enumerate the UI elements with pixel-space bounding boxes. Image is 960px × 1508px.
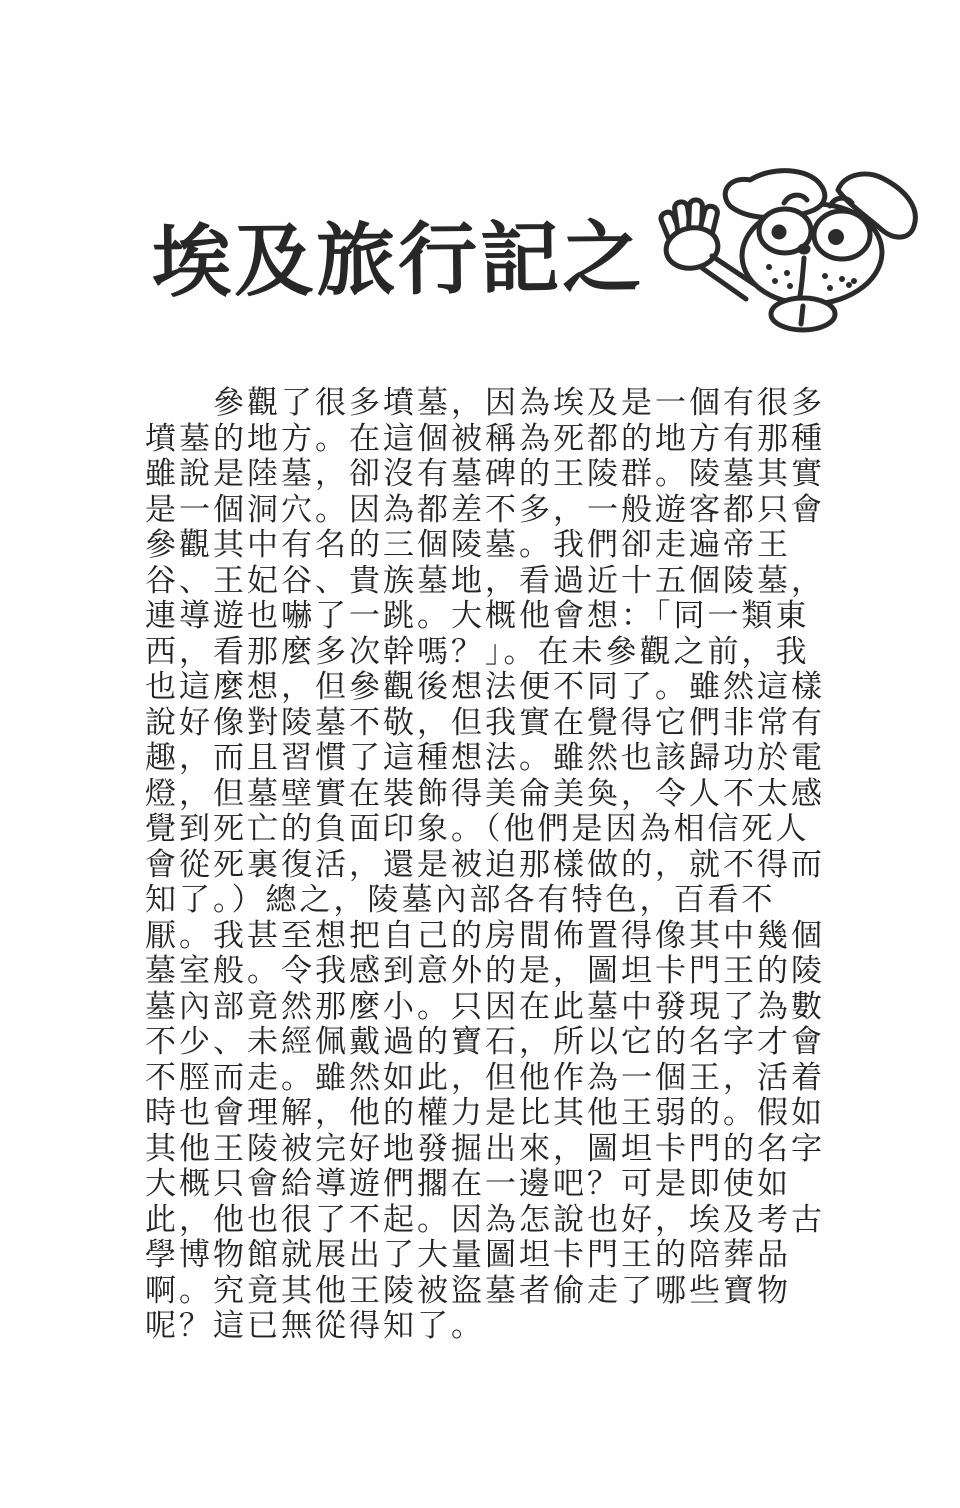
waving-dog-illustration xyxy=(656,146,940,380)
text-line: 知了。）總之，陵墓內部各有特色，百看不 xyxy=(145,883,845,919)
text-line: 說好像對陵墓不敬，但我實在覺得它們非常有 xyxy=(145,706,845,742)
text-line: 是一個洞穴。因為都差不多，一般遊客都只會 xyxy=(145,493,845,529)
text-line: 呢？這已無從得知了。 xyxy=(145,1309,845,1345)
text-line: 墓室般。令我感到意外的是，圖坦卡門王的陵 xyxy=(145,954,845,990)
text-line: 趣，而且習慣了這種想法。雖然也該歸功於電 xyxy=(145,741,845,777)
text-line: 連導遊也嚇了一跳。大概他會想：「同一類東 xyxy=(145,599,845,635)
text-line: 也這麼想，但參觀後想法便不同了。雖然這樣 xyxy=(145,670,845,706)
text-line: 時也會理解，他的權力是比其他王弱的。假如 xyxy=(145,1096,845,1132)
text-line: 參觀其中有名的三個陵墓。我們卻走遍帝王 xyxy=(145,528,845,564)
page-title: 埃及旅行記之 xyxy=(151,193,644,312)
text-line: 雖說是陸墓，卻沒有墓碑的王陵群。陵墓其實 xyxy=(145,457,845,493)
text-line: 其他王陵被完好地發掘出來，圖坦卡門的名字 xyxy=(145,1132,845,1168)
text-line: 覺到死亡的負面印象。（他們是因為相信死人 xyxy=(145,812,845,848)
text-line: 學博物館就展出了大量圖坦卡門王的陪葬品 xyxy=(145,1238,845,1274)
text-line: 厭。我甚至想把自己的房間佈置得像其中幾個 xyxy=(145,919,845,955)
text-line: 不少、未經佩戴過的寶石，所以它的名字才會 xyxy=(145,1025,845,1061)
article-body: 參觀了很多墳墓，因為埃及是一個有很多墳墓的地方。在這個被稱為死都的地方有那種雖說… xyxy=(145,386,845,1345)
text-line: 參觀了很多墳墓，因為埃及是一個有很多 xyxy=(145,386,845,422)
text-line: 此，他也很了不起。因為怎說也好，埃及考古 xyxy=(145,1203,845,1239)
text-line: 燈，但墓壁實在裝飾得美侖美奐，令人不太感 xyxy=(145,777,845,813)
scanned-book-page: 埃及旅行記之 xyxy=(0,0,960,1508)
article-paragraph: 參觀了很多墳墓，因為埃及是一個有很多墳墓的地方。在這個被稱為死都的地方有那種雖說… xyxy=(145,386,845,1345)
text-line: 大概只會給導遊們擱在一邊吧？可是即使如 xyxy=(145,1167,845,1203)
dog-nose xyxy=(798,244,811,255)
text-line: 西，看那麼多次幹嗎？」。在未參觀之前，我 xyxy=(145,635,845,671)
text-line: 墓內部竟然那麼小。只因在此墓中發現了為數 xyxy=(145,990,845,1026)
dog-hand-icon xyxy=(659,200,754,299)
text-line: 啊。究竟其他王陵被盜墓者偷走了哪些寶物 xyxy=(145,1274,845,1310)
text-line: 不脛而走。雖然如此，但他作為一個王，活着 xyxy=(145,1061,845,1097)
text-line: 谷、王妃谷、貴族墓地，看過近十五個陵墓， xyxy=(145,564,845,600)
text-line: 會從死裏復活，還是被迫那樣做的，就不得而 xyxy=(145,848,845,884)
text-line: 墳墓的地方。在這個被稱為死都的地方有那種 xyxy=(145,422,845,458)
